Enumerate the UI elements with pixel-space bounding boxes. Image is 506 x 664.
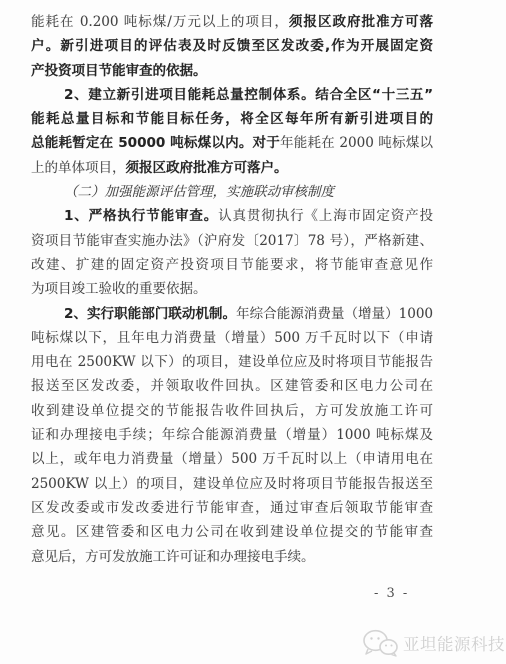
text-line: 改建、扩建的固定资产投资项目节能要求，将节能审查意见作 bbox=[31, 253, 433, 277]
text-segment: 产投资项目节能审查的依据。 bbox=[31, 63, 207, 79]
text-segment: 总能耗暂定在 50000 吨标煤以内。对于 bbox=[31, 135, 280, 151]
text-line: 上的单体项目，须报区政府批准方可落户。 bbox=[31, 156, 433, 180]
text-segment: 能耗总量目标和节能目标任务，将全区每年所有新引进项目的 bbox=[31, 111, 433, 127]
text-line: 区发改委或市发改委进行节能审查，通过审查后领取节能审查 bbox=[31, 496, 433, 520]
text-segment: 2、实行职能部门联动机制。 bbox=[64, 306, 236, 322]
text-line: 收到建设单位提交的节能报告收件回执后，方可发放施工许可 bbox=[31, 399, 433, 423]
text-line: 总能耗暂定在 50000 吨标煤以内。对于年能耗在 2000 吨标煤以 bbox=[31, 131, 433, 155]
text-line: 2、建立新引进项目能耗总量控制体系。结合全区“十三五” bbox=[31, 83, 433, 107]
text-line: 1、严格执行节能审查。认真贯彻执行《上海市固定资产投 bbox=[31, 204, 433, 228]
text-segment: 证和办理接电手续；年综合能源消费量（增量）1000 吨标煤及 bbox=[31, 427, 433, 443]
text-segment: 区发改委或市发改委进行节能审查，通过审查后领取节能审查 bbox=[31, 500, 433, 516]
text-segment: 年能耗在 2000 吨标煤以 bbox=[280, 135, 433, 151]
text-line: 为项目竣工验收的重要依据。 bbox=[31, 277, 433, 301]
text-segment: 须报区政府批准方可落 bbox=[289, 14, 433, 30]
text-line: 户。新引进项目的评估表及时反馈至区发改委,作为开展固定资 bbox=[31, 34, 433, 58]
wechat-icon bbox=[362, 629, 399, 657]
text-segment: 意见。区建管委和区电力公司在收到建设单位提交的节能审查 bbox=[31, 524, 433, 540]
text-line: 意见。区建管委和区电力公司在收到建设单位提交的节能审查 bbox=[31, 520, 433, 544]
text-segment: 以上，或年电力消费量（增量）500 万千瓦时以上（申请用电在 bbox=[31, 451, 433, 467]
text-segment: 年综合能源消费量（增量）1000 bbox=[236, 306, 433, 322]
text-line: 证和办理接电手续；年综合能源消费量（增量）1000 吨标煤及 bbox=[31, 423, 433, 447]
text-segment: 上的单体项目， bbox=[31, 160, 126, 176]
text-line: 能耗总量目标和节能目标任务，将全区每年所有新引进项目的 bbox=[31, 107, 433, 131]
text-segment: 能耗在 0.200 吨标煤/万元以上的项目， bbox=[31, 14, 289, 30]
text-segment: 1、严格执行节能审查。 bbox=[64, 208, 218, 224]
text-segment: 报送至区发改委，并领取收件回执。区建管委和区电力公司在 bbox=[31, 378, 433, 394]
text-segment: 2500KW 以上）的项目，建设单位应及时将项目节能报告报送至 bbox=[31, 476, 433, 492]
text-segment: （二）加强能源评估管理，实施联动审核制度 bbox=[64, 184, 334, 200]
text-line: （二）加强能源评估管理，实施联动审核制度 bbox=[31, 180, 433, 204]
text-segment: 认真贯彻执行《上海市固定资产投 bbox=[218, 208, 433, 224]
text-segment: 收到建设单位提交的节能报告收件回执后，方可发放施工许可 bbox=[31, 403, 433, 419]
page-number: - 3 - bbox=[374, 586, 409, 601]
watermark-text: 亚坦能源科技 bbox=[403, 631, 505, 655]
text-line: 2500KW 以上）的项目，建设单位应及时将项目节能报告报送至 bbox=[31, 472, 433, 496]
text-line: 意见后，方可发放施工许可证和办理接电手续。 bbox=[31, 545, 433, 569]
document-page: 能耗在 0.200 吨标煤/万元以上的项目，须报区政府批准方可落户。新引进项目的… bbox=[0, 0, 506, 664]
text-line: 吨标煤以下，且年电力消费量（增量）500 万千瓦时以下（申请 bbox=[31, 326, 433, 350]
text-line: 2、实行职能部门联动机制。年综合能源消费量（增量）1000 bbox=[31, 302, 433, 326]
watermark: 亚坦能源科技 bbox=[362, 629, 505, 657]
text-segment: 意见后，方可发放施工许可证和办理接电手续。 bbox=[31, 549, 315, 565]
text-line: 产投资项目节能审查的依据。 bbox=[31, 59, 433, 83]
text-segment: 资项目节能审查实施办法》（沪府发〔2017〕78 号），严格新建、 bbox=[31, 233, 433, 249]
text-segment: 为项目竣工验收的重要依据。 bbox=[31, 281, 207, 297]
text-segment: 改建、扩建的固定资产投资项目节能要求，将节能审查意见作 bbox=[31, 257, 433, 273]
text-segment: 吨标煤以下，且年电力消费量（增量）500 万千瓦时以下（申请 bbox=[31, 330, 433, 346]
text-segment: 用电在 2500KW 以下）的项目，建设单位应及时将项目节能报告 bbox=[31, 354, 433, 370]
text-line: 报送至区发改委，并领取收件回执。区建管委和区电力公司在 bbox=[31, 374, 433, 398]
text-line: 资项目节能审查实施办法》（沪府发〔2017〕78 号），严格新建、 bbox=[31, 229, 433, 253]
text-line: 用电在 2500KW 以下）的项目，建设单位应及时将项目节能报告 bbox=[31, 350, 433, 374]
text-segment: 2、建立新引进项目能耗总量控制体系。结合全区“十三五” bbox=[64, 87, 433, 103]
text-segment: 须报区政府批准方可落户。 bbox=[126, 160, 288, 176]
text-segment: 户。新引进项目的评估表及时反馈至区发改委,作为开展固定资 bbox=[31, 38, 433, 54]
text-line: 能耗在 0.200 吨标煤/万元以上的项目，须报区政府批准方可落 bbox=[31, 10, 433, 34]
document-body: 能耗在 0.200 吨标煤/万元以上的项目，须报区政府批准方可落户。新引进项目的… bbox=[31, 10, 433, 569]
text-line: 以上，或年电力消费量（增量）500 万千瓦时以上（申请用电在 bbox=[31, 447, 433, 471]
